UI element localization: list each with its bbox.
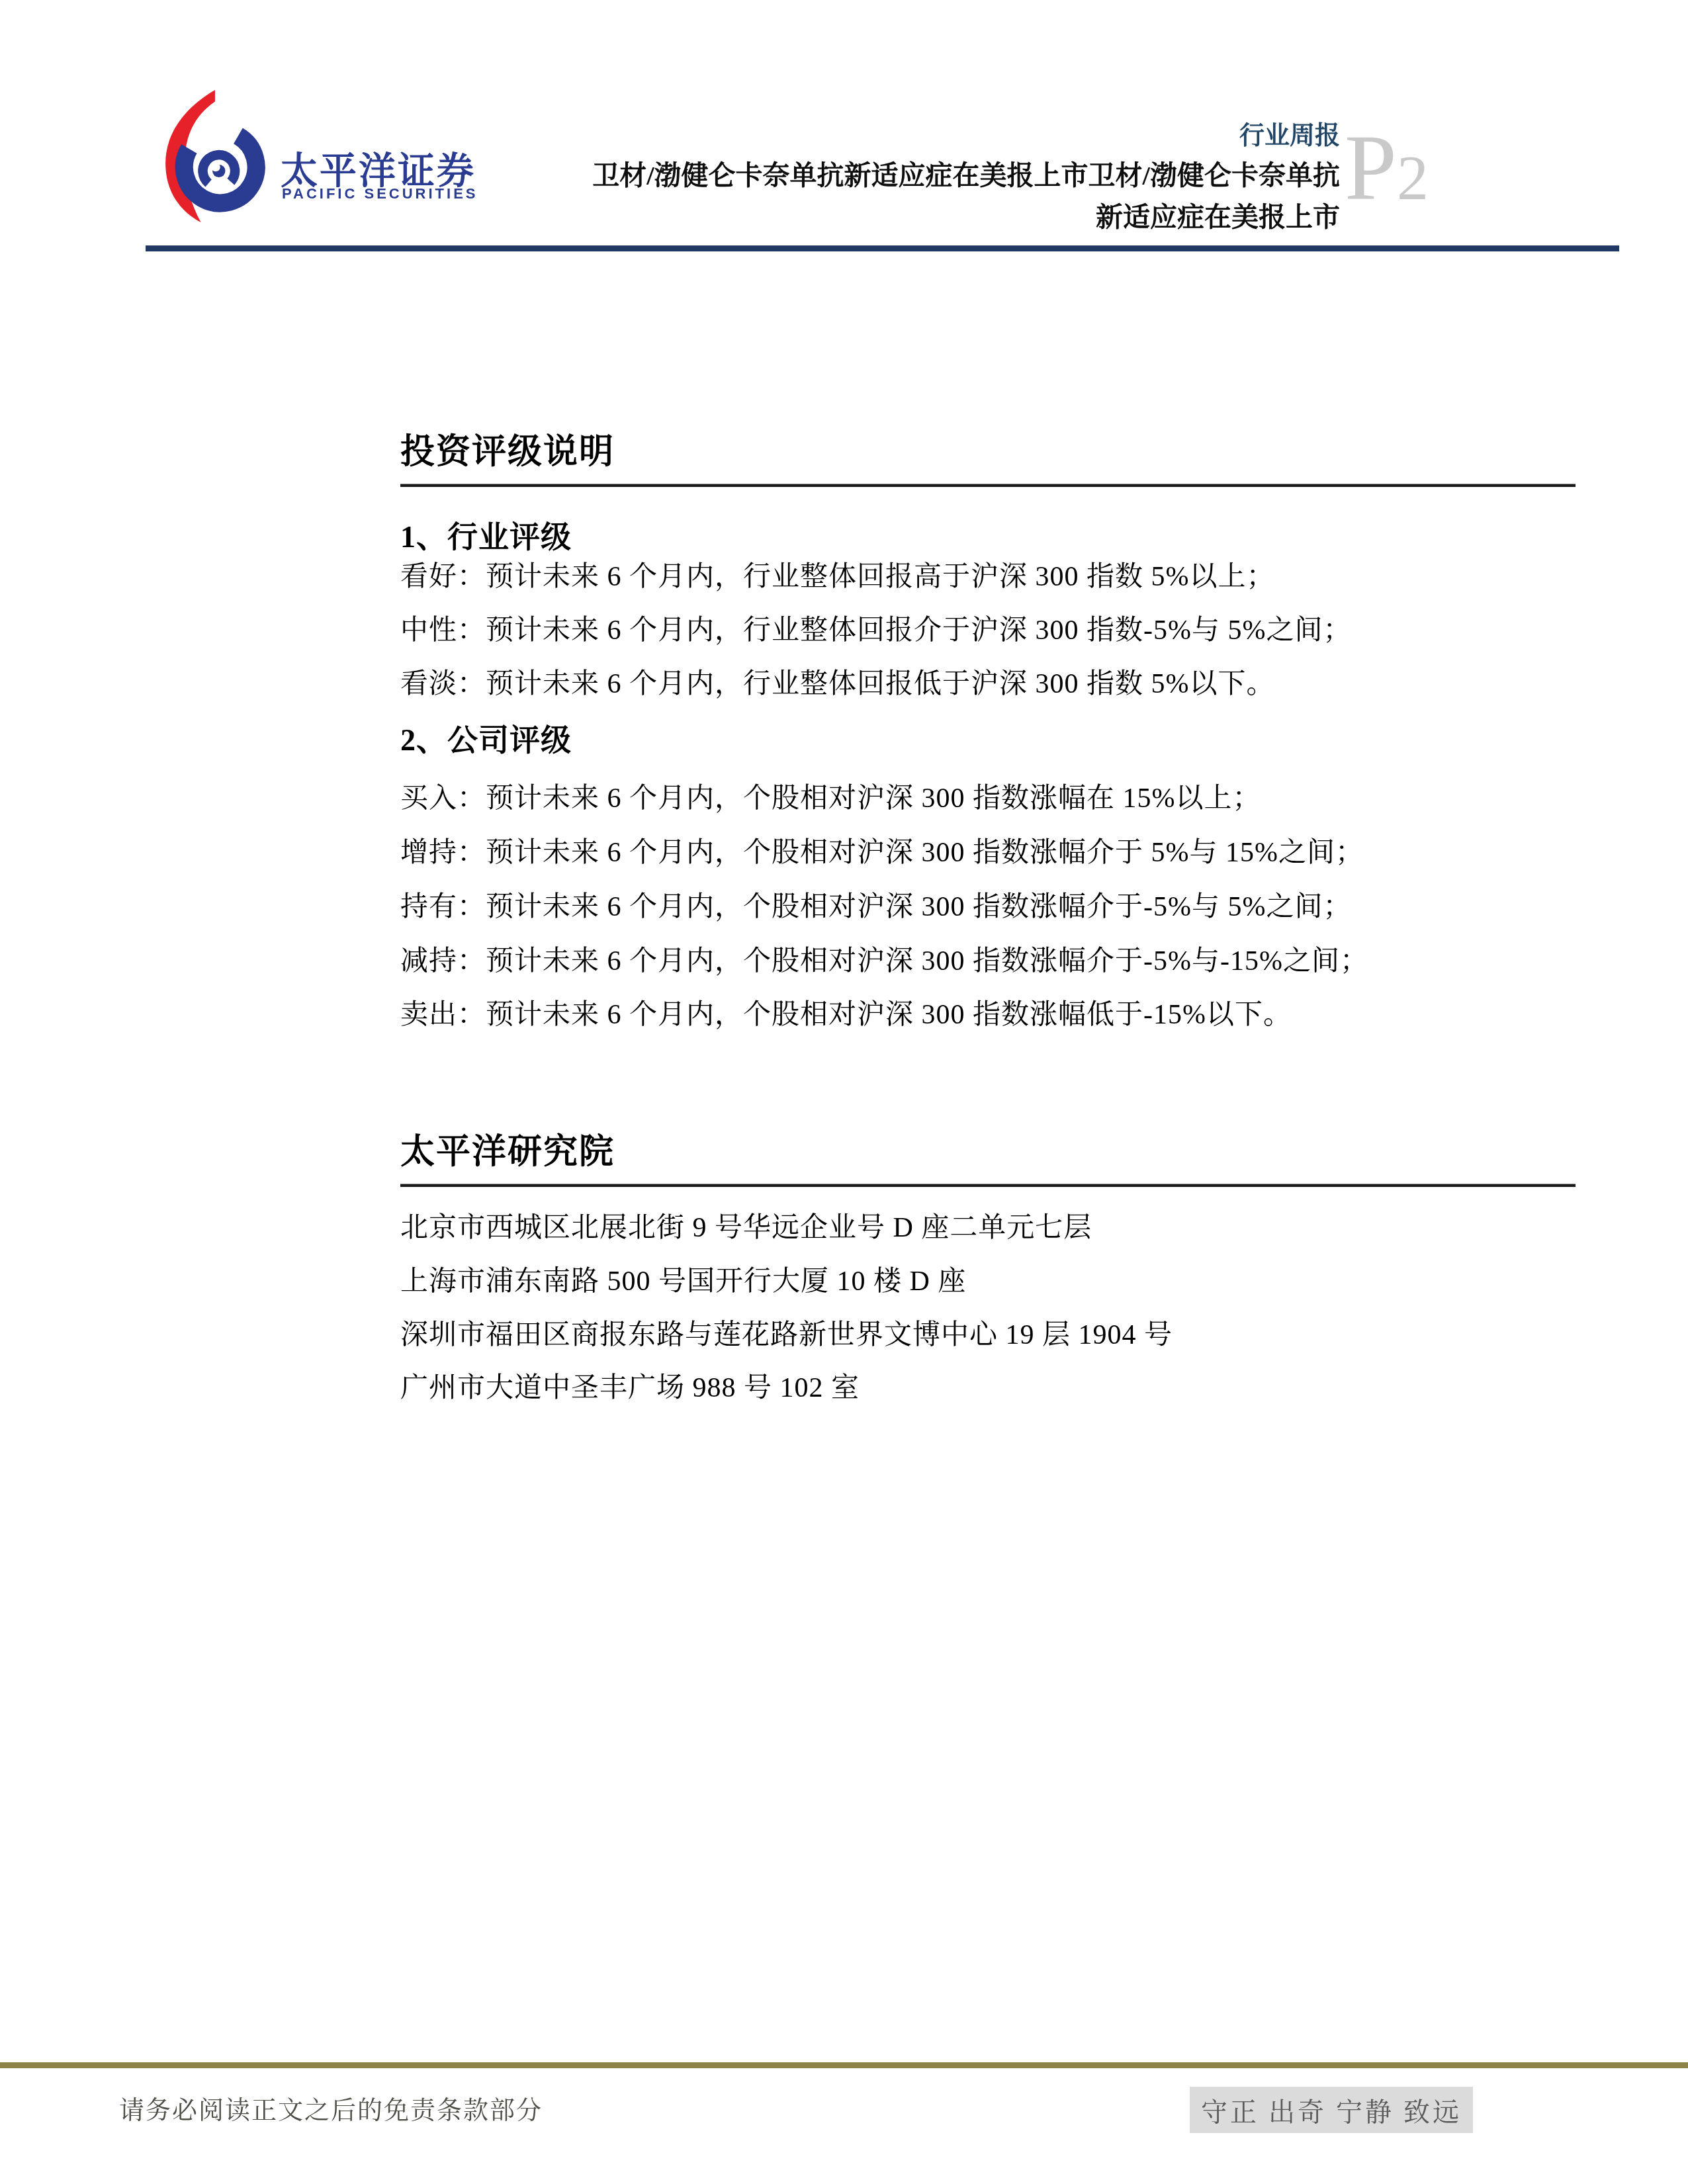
rating-section-title: 投资评级说明 [400, 423, 1585, 473]
industry-rating-line: 看淡：预计未来 6 个月内，行业整体回报低于沪深 300 指数 5%以下。 [400, 662, 1585, 701]
company-rating-line: 增持：预计未来 6 个月内，个股相对沪深 300 指数涨幅介于 5%与 15%之… [400, 830, 1585, 870]
industry-rating-line: 中性：预计未来 6 个月内，行业整体回报介于沪深 300 指数-5%与 5%之间… [400, 608, 1585, 648]
page-number-prefix: P [1345, 115, 1397, 220]
company-rating-line: 持有：预计未来 6 个月内，个股相对沪深 300 指数涨幅介于-5%与 5%之间… [400, 885, 1585, 924]
institute-section-title: 太平洋研究院 [400, 1123, 1585, 1173]
footer-disclaimer: 请务必阅读正文之后的免责条款部分 [119, 2089, 543, 2126]
address-line-shanghai: 上海市浦东南路 500 号国开行大厦 10 楼 D 座 [400, 1259, 1585, 1299]
page-number: P2 [1345, 120, 1609, 214]
address-line-guangzhou: 广州市大道中圣丰广场 988 号 102 室 [400, 1366, 1585, 1405]
page-number-value: 2 [1397, 142, 1429, 213]
institute-section-divider [400, 1184, 1576, 1187]
address-line-beijing: 北京市西城区北展北街 9 号华远企业号 D 座二单元七层 [400, 1205, 1585, 1245]
company-rating-line: 买入：预计未来 6 个月内，个股相对沪深 300 指数涨幅在 15%以上； [400, 776, 1585, 816]
header-title-block: 行业周报 卫材/渤健仑卡奈单抗新适应症在美报上市卫材/渤健仑卡奈单抗 新适应症在… [397, 116, 1340, 238]
pacific-securities-logo-icon [161, 89, 266, 224]
report-type-label: 行业周报 [397, 116, 1340, 155]
address-line-shenzhen: 深圳市福田区商报东路与莲花路新世界文博中心 19 层 1904 号 [400, 1313, 1585, 1352]
footer-motto: 守正 出奇 宁静 致远 [1201, 2091, 1462, 2129]
company-rating-line: 减持：预计未来 6 个月内，个股相对沪深 300 指数涨幅介于-5%与-15%之… [400, 939, 1585, 979]
industry-rating-line: 看好：预计未来 6 个月内，行业整体回报高于沪深 300 指数 5%以上； [400, 554, 1585, 594]
header-divider [146, 245, 1619, 251]
report-page: 太平洋证券 PACIFIC SECURITIES 行业周报 卫材/渤健仑卡奈单抗… [0, 0, 1688, 2184]
company-rating-line: 卖出：预计未来 6 个月内，个股相对沪深 300 指数涨幅低于-15%以下。 [400, 992, 1585, 1032]
company-rating-heading: 2、公司评级 [400, 716, 1585, 760]
report-title-line-2: 新适应症在美报上市 [397, 197, 1340, 238]
footer-motto-box: 守正 出奇 宁静 致远 [1190, 2087, 1473, 2133]
report-title-line-1: 卫材/渤健仑卡奈单抗新适应症在美报上市卫材/渤健仑卡奈单抗 [397, 155, 1340, 197]
rating-section-divider [400, 484, 1576, 487]
industry-rating-heading: 1、行业评级 [400, 513, 1585, 556]
footer-divider [0, 2062, 1688, 2068]
